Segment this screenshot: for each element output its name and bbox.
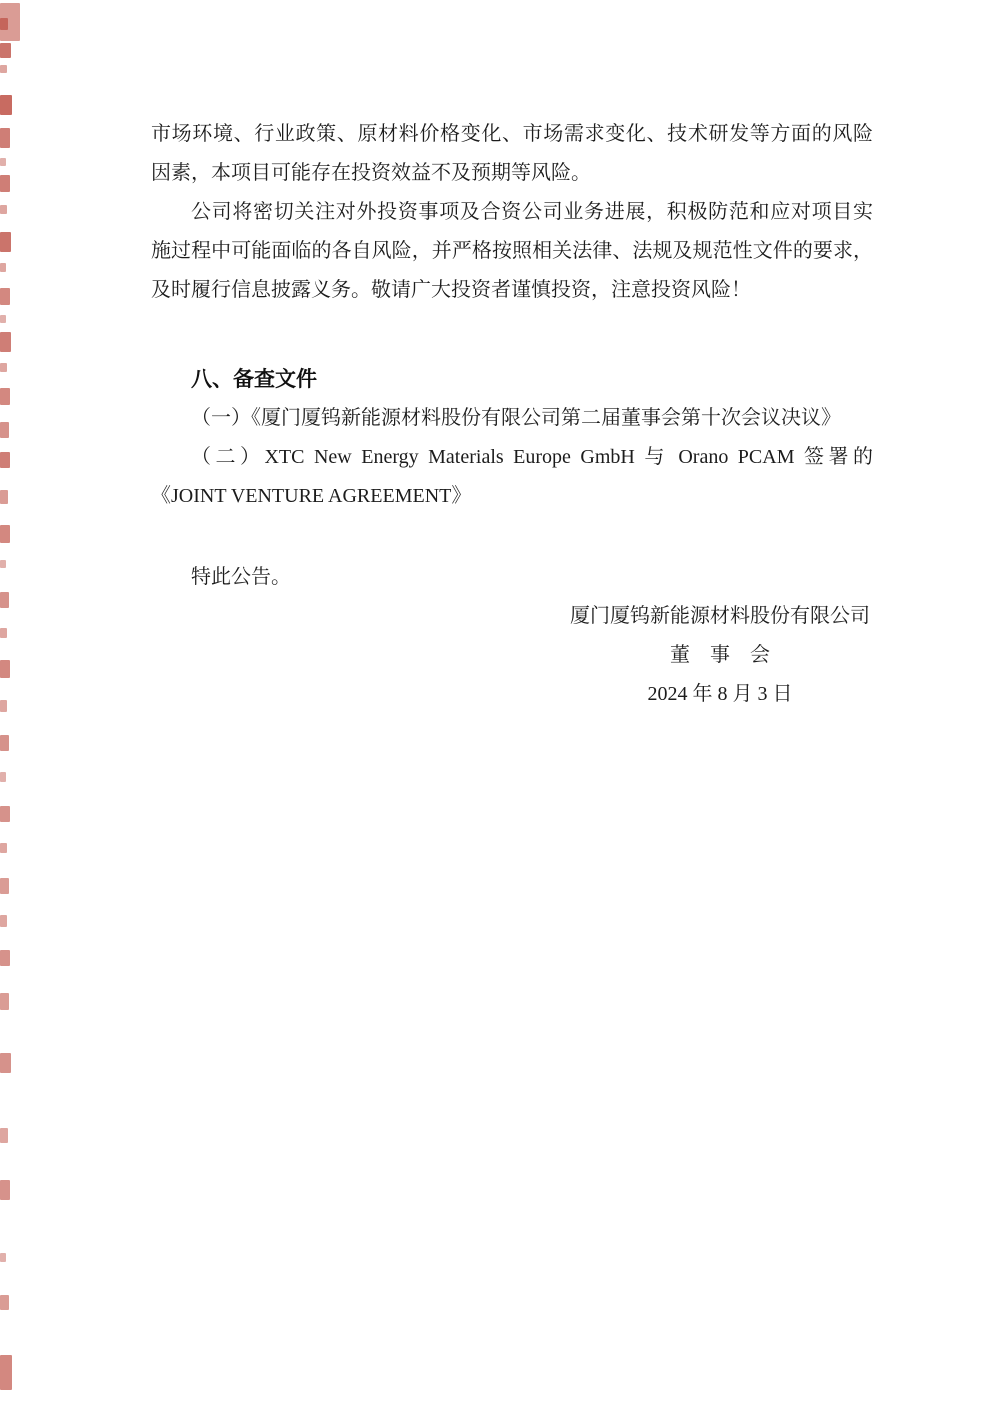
- signature-block: 厦门厦钨新能源材料股份有限公司 董 事 会 2024 年 8 月 3 日: [567, 597, 873, 714]
- risk-paragraph-line-2: 因素，本项目可能存在投资效益不及预期等风险。: [151, 154, 873, 193]
- measures-paragraph-line-1: 公司将密切关注对外投资事项及合资公司业务进展，积极防范和应对项目实: [151, 193, 873, 232]
- reference-document-item-2-line-2: 《JOINT VENTURE AGREEMENT》: [151, 477, 873, 516]
- measures-paragraph-line-2: 施过程中可能面临的各自风险，并严格按照相关法律、法规及规范性文件的要求，: [151, 232, 873, 271]
- section-heading-reference-documents: 八、备查文件: [151, 360, 873, 399]
- scan-artifact-marks: [0, 0, 30, 1414]
- company-name: 厦门厦钨新能源材料股份有限公司: [567, 597, 873, 636]
- measures-paragraph-line-3: 及时履行信息披露义务。敬请广大投资者谨慎投资，注意投资风险！: [151, 271, 873, 310]
- announcement-date: 2024 年 8 月 3 日: [567, 675, 873, 714]
- reference-document-item-2-line-1: （二）XTC New Energy Materials Europe GmbH …: [151, 438, 873, 477]
- board-of-directors: 董 事 会: [567, 636, 873, 675]
- risk-paragraph-line-1: 市场环境、行业政策、原材料价格变化、市场需求变化、技术研发等方面的风险: [151, 115, 873, 154]
- announcement-page: 市场环境、行业政策、原材料价格变化、市场需求变化、技术研发等方面的风险 因素，本…: [0, 0, 1000, 1414]
- reference-document-item-1: （一）《厦门厦钨新能源材料股份有限公司第二届董事会第十次会议决议》: [151, 399, 873, 438]
- closing-statement: 特此公告。: [151, 558, 873, 597]
- page-content: 市场环境、行业政策、原材料价格变化、市场需求变化、技术研发等方面的风险 因素，本…: [151, 115, 873, 714]
